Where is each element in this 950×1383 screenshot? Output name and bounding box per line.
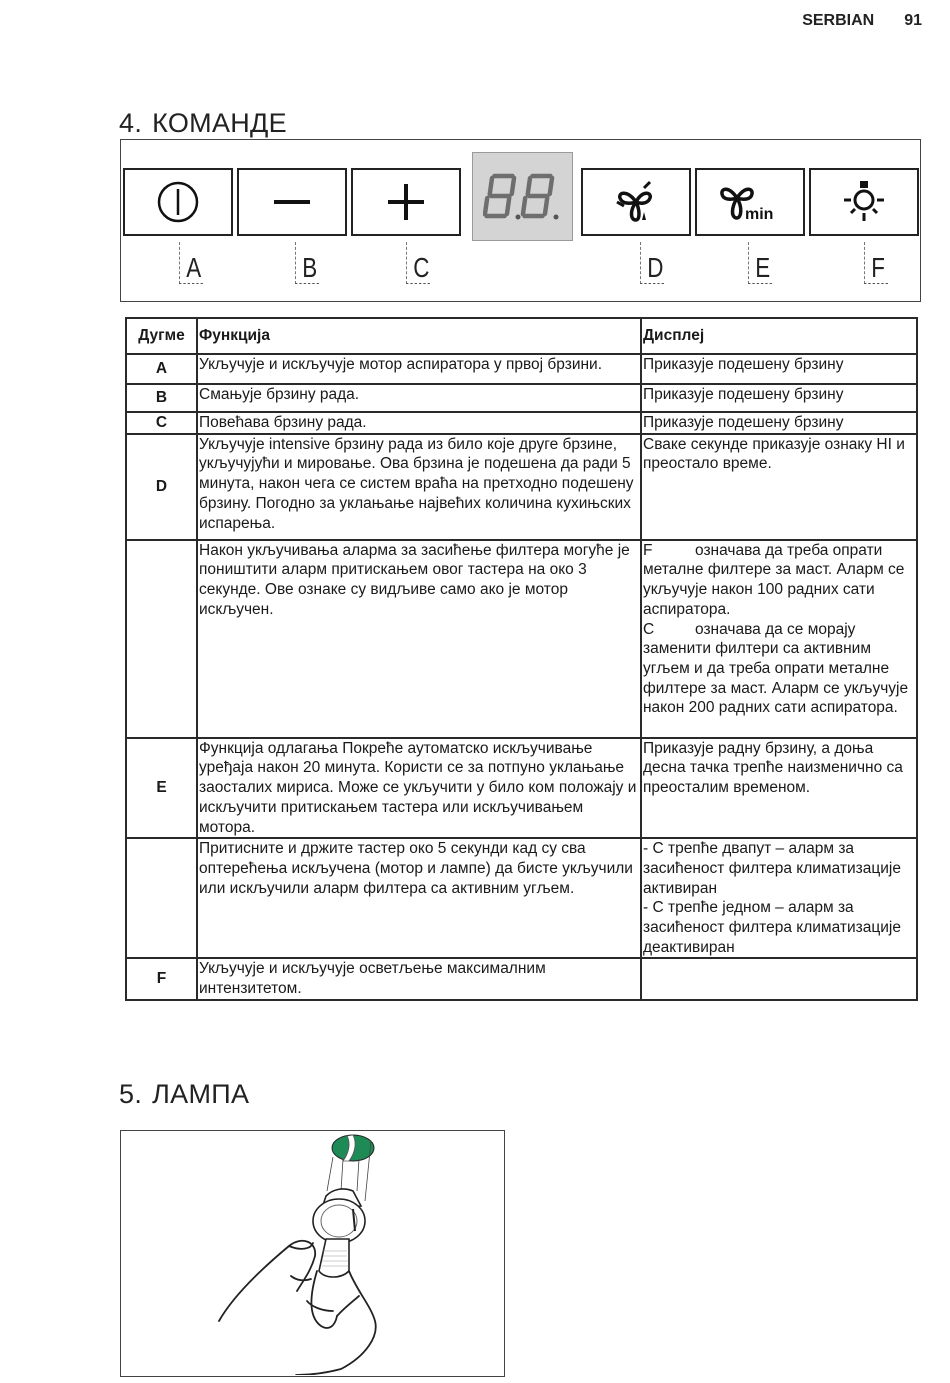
page-header: SERBIAN 91 (802, 12, 922, 30)
label-b: B (295, 242, 319, 284)
svg-text:min: min (745, 206, 773, 223)
row-display: Fозначава да треба опрати металне филтер… (641, 540, 917, 738)
row-key: D (126, 434, 197, 540)
filter-code-f: F (643, 541, 695, 561)
row-function: Након укључивања аларма за засићење филт… (197, 540, 641, 738)
controls-table: Дугме Функција Дисплеј A Укључује и искљ… (125, 317, 918, 1001)
row-key (126, 540, 197, 738)
label-c: C (406, 242, 430, 284)
power-icon (155, 179, 201, 225)
label-f: F (864, 242, 888, 284)
table-row: E Функција одлагања Покреће аутоматско и… (126, 738, 917, 839)
table-row: Притисните и држите тастер око 5 секунди… (126, 838, 917, 958)
header-function: Функција (197, 318, 641, 354)
table-row: F Укључује и искључује осветљење максима… (126, 958, 917, 999)
row-display (641, 958, 917, 999)
row-key: B (126, 384, 197, 412)
header-key: Дугме (126, 318, 197, 354)
fan-min-icon: min (719, 180, 781, 224)
row-display: Приказује подешену брзину (641, 384, 917, 412)
language-label: SERBIAN (802, 12, 874, 30)
table-row: A Укључује и искључује мотор аспиратора … (126, 354, 917, 384)
button-b-minus (237, 168, 347, 236)
button-e-delay: min (695, 168, 805, 236)
section-title-controls: 4.КОМАНДЕ (119, 108, 287, 139)
label-e: E (748, 242, 772, 284)
row-function: Укључује и искључује мотор аспиратора у … (197, 354, 641, 384)
row-key: C (126, 412, 197, 434)
row-key: A (126, 354, 197, 384)
row-key (126, 838, 197, 958)
label-a: A (179, 242, 203, 284)
lamp-illustration (120, 1130, 505, 1377)
button-f-light (809, 168, 919, 236)
row-display: Приказује подешену брзину (641, 412, 917, 434)
row-display: Сваке секунде приказује ознаку HI и прео… (641, 434, 917, 540)
minus-icon (272, 197, 312, 207)
row-function: Функција одлагања Покреће аутоматско иск… (197, 738, 641, 839)
table-header-row: Дугме Функција Дисплеј (126, 318, 917, 354)
seven-segment-display (472, 152, 573, 241)
button-a-power (123, 168, 233, 236)
alarm-deactivated-note: - С трепће једном – аларм за засићеност … (643, 898, 915, 957)
table-row: B Смањује брзину рада. Приказује подешен… (126, 384, 917, 412)
button-c-plus (351, 168, 461, 236)
table-row: C Повећава брзину рада. Приказује подеше… (126, 412, 917, 434)
page-number: 91 (904, 12, 922, 30)
row-key: F (126, 958, 197, 999)
row-function: Повећава брзину рада. (197, 412, 641, 434)
section-title-text: ЛАМПА (152, 1079, 249, 1109)
control-panel-diagram: min A B C D E F (120, 139, 921, 302)
row-function: Притисните и држите тастер око 5 секунди… (197, 838, 641, 958)
header-display: Дисплеј (641, 318, 917, 354)
plus-icon (386, 182, 426, 222)
row-function: Укључује и искључује осветљење максималн… (197, 958, 641, 999)
section-title-text: КОМАНДЕ (152, 108, 287, 138)
hand-lamp-icon (121, 1131, 503, 1375)
table-row: Након укључивања аларма за засићење филт… (126, 540, 917, 738)
section-title-lamp: 5.ЛАМПА (119, 1079, 249, 1110)
table-row: D Укључује intensive брзину рада из било… (126, 434, 917, 540)
fan-intensive-icon (614, 180, 658, 224)
row-function: Укључује intensive брзину рада из било к… (197, 434, 641, 540)
section-number: 4. (119, 108, 142, 138)
row-key: E (126, 738, 197, 839)
filter-code-c: C (643, 620, 695, 640)
section-number: 5. (119, 1079, 142, 1109)
row-display: - С трепће двапут – аларм за засићеност … (641, 838, 917, 958)
label-d: D (640, 242, 664, 284)
row-display: Приказује подешену брзину (641, 354, 917, 384)
alarm-activated-note: - С трепће двапут – аларм за засићеност … (643, 839, 915, 898)
display-digits-icon (483, 171, 563, 223)
row-display: Приказује радну брзину, а доња десна тач… (641, 738, 917, 839)
light-icon (842, 180, 886, 224)
button-d-intensive (581, 168, 691, 236)
row-function: Смањује брзину рада. (197, 384, 641, 412)
